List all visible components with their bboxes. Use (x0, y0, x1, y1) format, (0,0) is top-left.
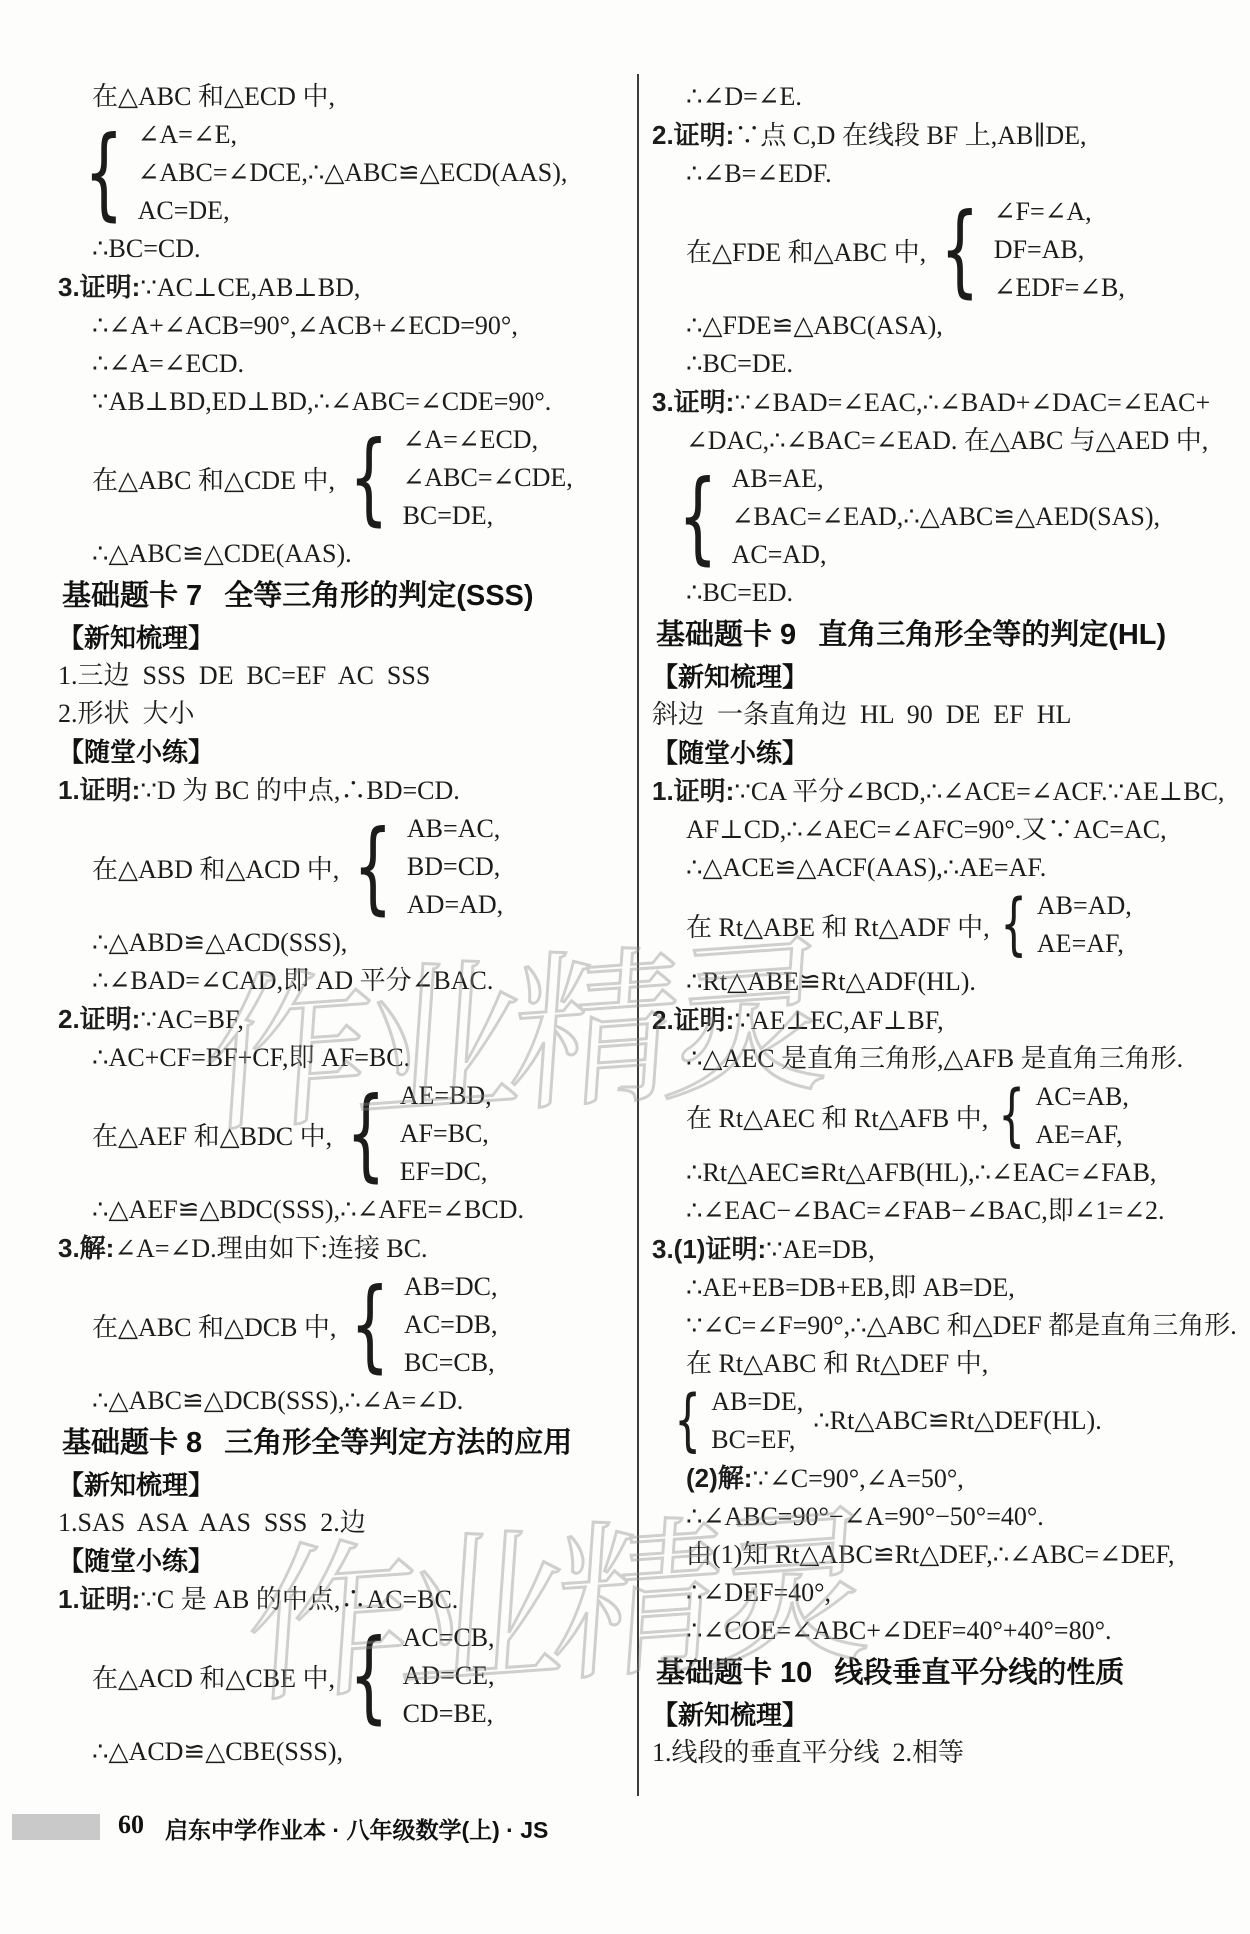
proof-line: ∴∠BAD=∠CAD,即 AD 平分∠BAC. (58, 962, 636, 1000)
equation-list: AB=AD,AE=AF, (1037, 887, 1132, 963)
proof-line: 在△ABC 和△ECD 中, (58, 78, 636, 116)
equation-system-lead: 在△ABD 和△ACD 中, (92, 849, 339, 886)
equation-line: EF=DC, (400, 1153, 492, 1191)
proof-line-label: (2)解: (686, 1463, 752, 1493)
proof-line: ∴∠DEF=40°, (652, 1574, 1248, 1612)
equation-list: AC=CB,AD=CE,CD=BE, (403, 1619, 495, 1733)
left-brace-icon: { (349, 428, 388, 528)
equation-line: ∠ABC=∠CDE, (403, 459, 573, 497)
proof-line: ∴△ABD≌△ACD(SSS), (58, 924, 636, 962)
equation-line: AD=AD, (407, 886, 503, 924)
equation-list: AB=AC,BD=CD,AD=AD, (407, 810, 503, 924)
column-divider-rule (637, 74, 639, 1796)
equation-system-lead: 在△FDE 和△ABC 中, (686, 232, 926, 269)
section-title: 三角形全等判定方法的应用 (224, 1427, 572, 1459)
equation-line: AC=CB, (403, 1619, 495, 1657)
proof-line: 由(1)知 Rt△ABC≌Rt△DEF,∴∠ABC=∠DEF, (652, 1536, 1248, 1574)
proof-line: (2)解:∵∠C=90°,∠A=50°, (652, 1459, 1248, 1498)
equation-list: AB=DC,AC=DB,BC=CB, (404, 1268, 497, 1382)
footer-gray-tab (12, 1814, 100, 1840)
equation-line: ∠A=∠E, (138, 116, 568, 154)
proof-line: 1.证明:∵D 为 BC 的中点,∴BD=CD. (58, 771, 636, 810)
left-brace-icon: { (1000, 891, 1027, 959)
left-brace-icon: { (346, 1084, 385, 1184)
proof-line: ∴∠EAC−∠BAC=∠FAB−∠BAC,即∠1=∠2. (652, 1192, 1248, 1230)
proof-line-label: 2.证明: (652, 1005, 734, 1035)
subsection-header: 【新知梳理】 (652, 658, 1248, 696)
proof-line: ∴BC=ED. (652, 574, 1248, 612)
equation-line: AB=DE, (711, 1383, 803, 1421)
proof-line: ∴∠A=∠ECD. (58, 345, 636, 383)
equation-line: AB=AD, (1037, 887, 1132, 925)
equation-system-lead: 在△ACD 和△CBE 中, (92, 1658, 335, 1695)
equation-line: AC=DE, (138, 192, 568, 230)
proof-line: 3.解:∠A=∠D.理由如下:连接 BC. (58, 1229, 636, 1268)
left-brace-icon: { (678, 467, 717, 567)
equation-system-conclusion: ∴Rt△ABC≌Rt△DEF(HL). (813, 1406, 1102, 1436)
equation-line: AC=AD, (732, 536, 1160, 574)
equation-list: AB=DE,BC=EF, (711, 1383, 803, 1459)
equation-line: AB=AE, (732, 460, 1160, 498)
proof-line-label: 1.证明: (58, 1584, 140, 1614)
book-title: 启东中学作业本 · 八年级数学(上) · JS (165, 1812, 548, 1845)
proof-line: ∠DAC,∴∠BAC=∠EAD. 在△ABC 与△AED 中, (652, 422, 1248, 460)
proof-line: ∴△ACD≌△CBE(SSS), (58, 1733, 636, 1771)
proof-line: ∴△AEF≌△BDC(SSS),∴∠AFE=∠BCD. (58, 1191, 636, 1229)
equation-line: ∠BAC=∠EAD,∴△ABC≌△AED(SAS), (732, 498, 1160, 536)
proof-line: 3.(1)证明:∵AE=DB, (652, 1230, 1248, 1269)
equation-line: AF=BC, (400, 1115, 492, 1153)
proof-line-label: 3.证明: (652, 387, 734, 417)
left-brace-icon: { (349, 1626, 388, 1726)
section-label: 基础题卡 7 (62, 580, 202, 612)
section-header: 基础题卡 8三角形全等判定方法的应用 (58, 1420, 636, 1466)
section-label: 基础题卡 10 (656, 1657, 812, 1689)
equation-line: CD=BE, (403, 1695, 495, 1733)
equation-list: AB=AE,∠BAC=∠EAD,∴△ABC≌△AED(SAS),AC=AD, (732, 460, 1160, 574)
equation-line: AE=AF, (1037, 925, 1132, 963)
section-label: 基础题卡 9 (656, 619, 796, 651)
section-header: 基础题卡 9直角三角形全等的判定(HL) (652, 612, 1248, 658)
equation-line: AB=DC, (404, 1268, 497, 1306)
equation-list: ∠F=∠A,DF=AB,∠EDF=∠B, (994, 193, 1125, 307)
proof-line: ∴△ACE≌△ACF(AAS),∴AE=AF. (652, 849, 1248, 887)
equation-line: BC=EF, (711, 1421, 803, 1459)
proof-line: ∴∠A+∠ACB=90°,∠ACB+∠ECD=90°, (58, 307, 636, 345)
left-brace-icon: { (940, 200, 979, 300)
proof-line: 2.证明:∵AE⊥EC,AF⊥BF, (652, 1001, 1248, 1040)
proof-line: ∴AE+EB=DB+EB,即 AB=DE, (652, 1269, 1248, 1307)
proof-line: ∴△ABC≌△CDE(AAS). (58, 535, 636, 573)
right-column: ∴∠D=∠E.2.证明:∵点 C,D 在线段 BF 上,AB∥DE,∴∠B=∠E… (652, 78, 1248, 1772)
proof-line-label: 3.证明: (58, 272, 140, 302)
equation-line: ∠A=∠ECD, (403, 421, 573, 459)
equation-line: ∠ABC=∠DCE,∴△ABC≌△ECD(AAS), (138, 154, 568, 192)
proof-line: ∴∠B=∠EDF. (652, 155, 1248, 193)
proof-line: 3.证明:∵∠BAD=∠EAC,∴∠BAD+∠DAC=∠EAC+ (652, 383, 1248, 422)
section-title: 线段垂直平分线的性质 (834, 1657, 1124, 1689)
equation-line: ∠EDF=∠B, (994, 269, 1125, 307)
equation-system-lead: 在 Rt△AEC 和 Rt△AFB 中, (686, 1098, 988, 1135)
proof-line: 1.证明:∵C 是 AB 的中点,∴AC=BC. (58, 1580, 636, 1619)
left-brace-icon: { (351, 1275, 390, 1375)
equation-line: DF=AB, (994, 231, 1125, 269)
proof-line-label: 2.证明: (652, 120, 734, 150)
section-header: 基础题卡 10线段垂直平分线的性质 (652, 1650, 1248, 1696)
equation-system-lead: 在△ABC 和△CDE 中, (92, 460, 335, 497)
section-header: 基础题卡 7全等三角形的判定(SSS) (58, 573, 636, 619)
page-footer: 60 启东中学作业本 · 八年级数学(上) · JS (0, 1808, 1250, 1848)
equation-system-lead: 在△AEF 和△BDC 中, (92, 1116, 332, 1153)
left-brace-icon: { (674, 1387, 701, 1455)
proof-line: 3.证明:∵AC⊥CE,AB⊥BD, (58, 268, 636, 307)
equation-system: 在△ACD 和△CBE 中,{AC=CB,AD=CE,CD=BE, (58, 1619, 636, 1733)
proof-line: 1.证明:∵CA 平分∠BCD,∴∠ACE=∠ACF.∵AE⊥BC, (652, 772, 1248, 811)
proof-line: ∴△FDE≌△ABC(ASA), (652, 307, 1248, 345)
proof-line-label: 3.(1)证明: (652, 1234, 766, 1264)
equation-list: ∠A=∠ECD,∠ABC=∠CDE,BC=DE, (403, 421, 573, 535)
subsection-header: 【新知梳理】 (58, 1466, 636, 1504)
proof-line: 在 Rt△ABC 和 Rt△DEF 中, (652, 1345, 1248, 1383)
proof-line: 2.证明:∵点 C,D 在线段 BF 上,AB∥DE, (652, 116, 1248, 155)
equation-system: {AB=AE,∠BAC=∠EAD,∴△ABC≌△AED(SAS),AC=AD, (652, 460, 1248, 574)
workbook-answer-page: 在△ABC 和△ECD 中,{∠A=∠E,∠ABC=∠DCE,∴△ABC≌△EC… (0, 0, 1250, 1934)
proof-line: ∴BC=DE. (652, 345, 1248, 383)
subsection-header: 【随堂小练】 (58, 733, 636, 771)
equation-system-lead: 在 Rt△ABE 和 Rt△ADF 中, (686, 907, 990, 944)
section-title: 全等三角形的判定(SSS) (224, 580, 533, 612)
equation-system: 在△ABC 和△CDE 中,{∠A=∠ECD,∠ABC=∠CDE,BC=DE, (58, 421, 636, 535)
equation-system: 在△ABD 和△ACD 中,{AB=AC,BD=CD,AD=AD, (58, 810, 636, 924)
subsection-header: 【随堂小练】 (652, 734, 1248, 772)
proof-line: 1.三边 SSS DE BC=EF AC SSS (58, 657, 636, 695)
proof-line-label: 3.解: (58, 1233, 114, 1263)
subsection-header: 【新知梳理】 (652, 1696, 1248, 1734)
equation-list: AC=AB,AE=AF, (1035, 1078, 1128, 1154)
left-brace-icon: { (353, 817, 392, 917)
section-title: 直角三角形全等的判定(HL) (818, 619, 1166, 651)
proof-line: ∵AB⊥BD,ED⊥BD,∴∠ABC=∠CDE=90°. (58, 383, 636, 421)
proof-line: ∴∠D=∠E. (652, 78, 1248, 116)
left-brace-icon: { (998, 1082, 1025, 1150)
proof-line: 1.线段的垂直平分线 2.相等 (652, 1734, 1248, 1772)
proof-line: AF⊥CD,∴∠AEC=∠AFC=90°.又∵AC=AC, (652, 811, 1248, 849)
proof-line: ∴Rt△AEC≌Rt△AFB(HL),∴∠EAC=∠FAB, (652, 1154, 1248, 1192)
proof-line: ∴△ABC≌△DCB(SSS),∴∠A=∠D. (58, 1382, 636, 1420)
equation-system: 在△ABC 和△DCB 中,{AB=DC,AC=DB,BC=CB, (58, 1268, 636, 1382)
left-column: 在△ABC 和△ECD 中,{∠A=∠E,∠ABC=∠DCE,∴△ABC≌△EC… (58, 78, 636, 1771)
proof-line: ∴△AEC 是直角三角形,△AFB 是直角三角形. (652, 1040, 1248, 1078)
subsection-header: 【随堂小练】 (58, 1542, 636, 1580)
proof-line: ∴Rt△ABE≌Rt△ADF(HL). (652, 963, 1248, 1001)
equation-system: 在△FDE 和△ABC 中,{∠F=∠A,DF=AB,∠EDF=∠B, (652, 193, 1248, 307)
equation-list: AE=BD,AF=BC,EF=DC, (400, 1077, 492, 1191)
subsection-header: 【新知梳理】 (58, 619, 636, 657)
proof-line-label: 1.证明: (58, 775, 140, 805)
proof-line: ∴∠ABC=90°−∠A=90°−50°=40°. (652, 1498, 1248, 1536)
equation-line: BC=DE, (403, 497, 573, 535)
proof-line: 2.形状 大小 (58, 695, 636, 733)
proof-line-label: 1.证明: (652, 776, 734, 806)
equation-line: AC=AB, (1035, 1078, 1128, 1116)
equation-line: AC=DB, (404, 1306, 497, 1344)
equation-line: BD=CD, (407, 848, 503, 886)
section-label: 基础题卡 8 (62, 1427, 202, 1459)
proof-line: 斜边 一条直角边 HL 90 DE EF HL (652, 696, 1248, 734)
equation-line: AD=CE, (403, 1657, 495, 1695)
equation-system: {∠A=∠E,∠ABC=∠DCE,∴△ABC≌△ECD(AAS),AC=DE, (58, 116, 636, 230)
proof-line: 2.证明:∵AC=BF, (58, 1000, 636, 1039)
equation-system: 在 Rt△AEC 和 Rt△AFB 中,{AC=AB,AE=AF, (652, 1078, 1248, 1154)
equation-system-lead: 在△ABC 和△DCB 中, (92, 1307, 336, 1344)
equation-list: ∠A=∠E,∠ABC=∠DCE,∴△ABC≌△ECD(AAS),AC=DE, (138, 116, 568, 230)
equation-system: {AB=DE,BC=EF,∴Rt△ABC≌Rt△DEF(HL). (652, 1383, 1248, 1459)
proof-line-label: 2.证明: (58, 1004, 140, 1034)
equation-system: 在△AEF 和△BDC 中,{AE=BD,AF=BC,EF=DC, (58, 1077, 636, 1191)
left-brace-icon: { (84, 123, 123, 223)
equation-line: ∠F=∠A, (994, 193, 1125, 231)
proof-line: ∴AC+CF=BF+CF,即 AF=BC. (58, 1039, 636, 1077)
proof-line: ∴BC=CD. (58, 230, 636, 268)
equation-line: AE=BD, (400, 1077, 492, 1115)
equation-system: 在 Rt△ABE 和 Rt△ADF 中,{AB=AD,AE=AF, (652, 887, 1248, 963)
proof-line: ∵∠C=∠F=90°,∴△ABC 和△DEF 都是直角三角形. (652, 1307, 1248, 1345)
equation-line: AE=AF, (1035, 1116, 1128, 1154)
proof-line: ∴∠COE=∠ABC+∠DEF=40°+40°=80°. (652, 1612, 1248, 1650)
page-number: 60 (118, 1810, 144, 1840)
equation-line: AB=AC, (407, 810, 503, 848)
proof-line: 1.SAS ASA AAS SSS 2.边 (58, 1504, 636, 1542)
equation-line: BC=CB, (404, 1344, 497, 1382)
